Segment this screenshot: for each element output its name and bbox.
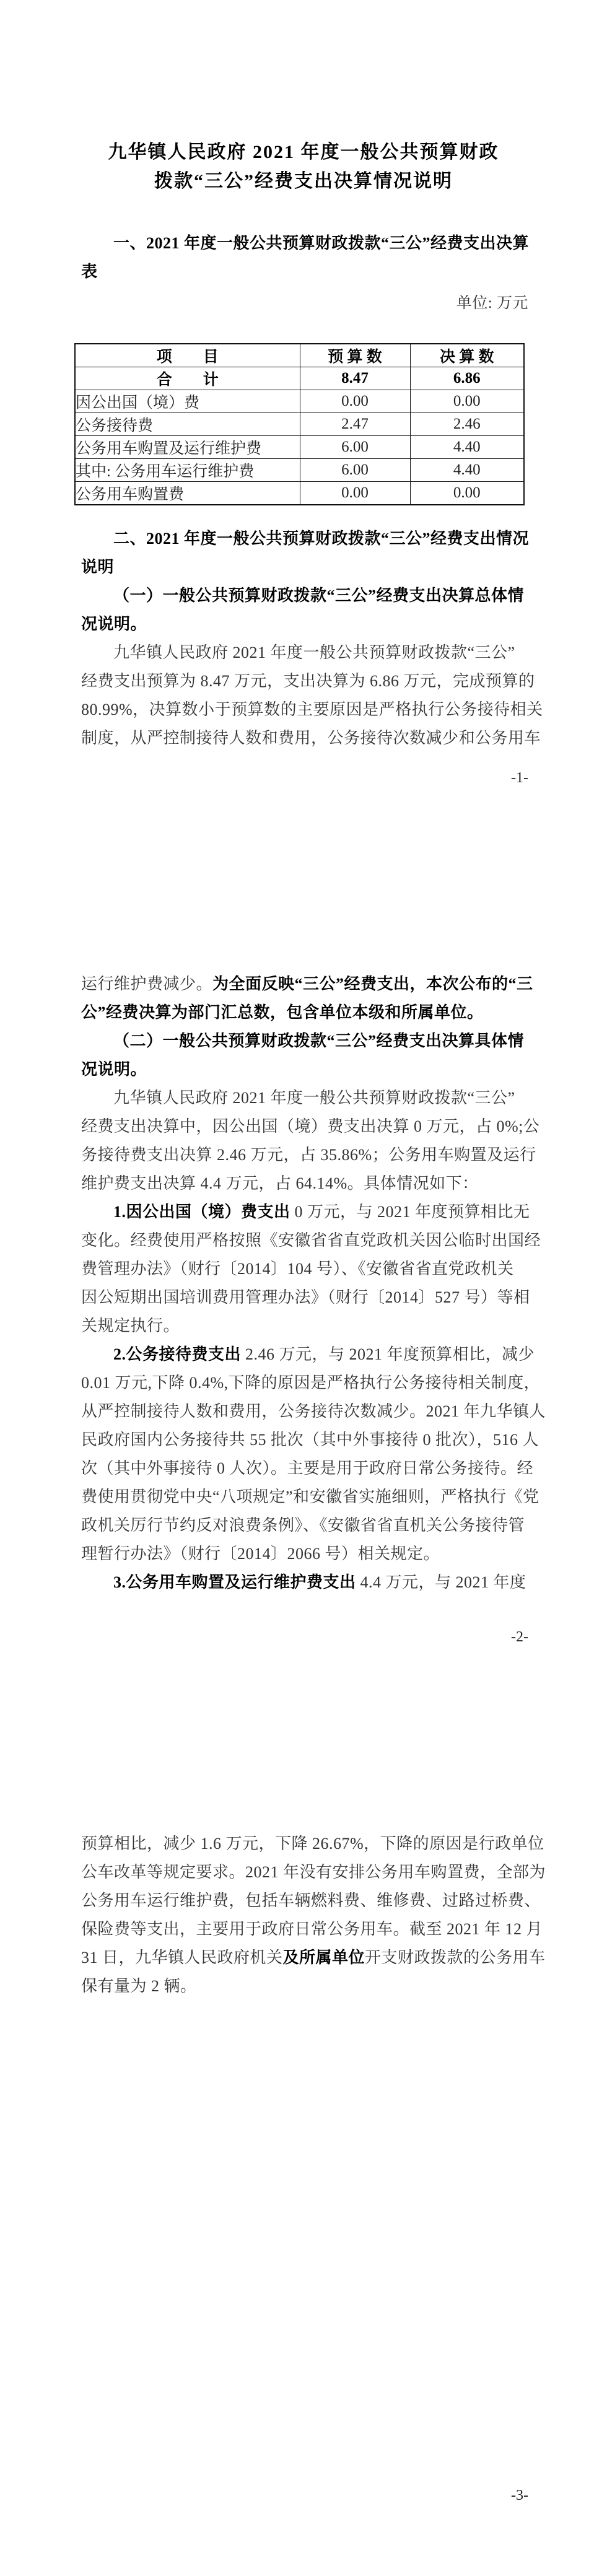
item-2-line: 2.公务接待费支出 2.46 万元，与 2021 年度预算相比，减少	[81, 1340, 528, 1369]
body-line: 经费支出决算中，因公出国（境）费支出决算 0 万元，占 0%;公	[81, 1112, 528, 1141]
body-line: 公务用车运行维护费，包括车辆燃料费、维修费、过路过桥费、	[81, 1887, 528, 1915]
body-line: 80.99%，决算数小于预算数的主要原因是严格执行公务接待相关	[81, 696, 528, 724]
body-line: 理暂行办法》（财行〔2014〕2066 号）相关规定。	[81, 1540, 528, 1568]
table-row: 公务用车购置费 0.00 0.00	[75, 482, 524, 505]
table-row: 公务接待费 2.47 2.46	[75, 413, 524, 436]
body-line: 经费支出预算为 8.47 万元，支出决算为 6.86 万元，完成预算的	[81, 667, 528, 696]
body-line: 政机关厉行节约反对浪费条例》、《安徽省省直机关公务接待管	[81, 1511, 528, 1540]
section-2-heading-wrap: 说明	[81, 553, 528, 582]
page-number-2: -2-	[81, 1623, 528, 1651]
body-line: 保有量为 2 辆。	[81, 1972, 528, 2001]
header-budget: 预 算 数	[300, 344, 410, 367]
body-line: 维护费支出决算 4.4 万元，占 64.14%。具体情况如下：	[81, 1169, 528, 1198]
body-line: 制度，从严控制接待人数和费用，公务接待次数减少和公务用车	[81, 724, 528, 753]
header-item: 项 目	[75, 344, 300, 367]
header-final: 决 算 数	[410, 344, 524, 367]
body-line: 费使用贯彻党中央“八项规定”和安徽省实施细则，严格执行《党	[81, 1483, 528, 1511]
body-line: 公车改革等规定要求。2021 年没有安排公务用车购置费，全部为	[81, 1858, 528, 1887]
subsection-1-heading: （一）一般公共预算财政拨款“三公”经费支出决算总体情	[81, 582, 528, 610]
three-public-expense-table: 项 目 预 算 数 决 算 数 合 计 8.47 6.86 因公出国（境）费 0…	[74, 343, 525, 505]
heading-text: 一、2021 年度一般公共预算财政拨款“三公”经费支出决算	[113, 234, 529, 252]
body-line: 预算相比，减少 1.6 万元，下降 26.67%，下降的原因是行政单位	[81, 1830, 528, 1858]
table-unit-label: 单位: 万元	[81, 289, 528, 318]
body-line: 次（其中外事接待 0 人次）。主要是用于政府日常公务接待。经	[81, 1454, 528, 1483]
item-1-line: 1.因公出国（境）费支出 0 万元，与 2021 年度预算相比无	[81, 1198, 528, 1226]
body-line: 费管理办法》（财行〔2014〕104 号）、《安徽省省直党政机关	[81, 1255, 528, 1283]
document-scroll: 九华镇人民政府 2021 年度一般公共预算财政 拨款“三公”经费支出决算情况说明…	[0, 0, 607, 2576]
body-line: 九华镇人民政府 2021 年度一般公共预算财政拨款“三公”	[81, 639, 528, 667]
table-row: 因公出国（境）费 0.00 0.00	[75, 390, 524, 413]
item-3-line: 3.公务用车购置及运行维护费支出 4.4 万元，与 2021 年度	[81, 1568, 528, 1597]
body-line: 从严控制接待人数和费用，公务接待次数减少。2021 年九华镇人	[81, 1397, 528, 1426]
page-number-3: -3-	[81, 2481, 528, 2510]
body-line: 公”经费决算为部门汇总数，包含单位本级和所属单位。	[81, 998, 528, 1027]
page-number-1: -1-	[81, 764, 528, 792]
table-row: 公务用车购置及运行维护费 6.00 4.40	[75, 436, 524, 459]
body-line: 变化。经费使用严格按照《安徽省省直党政机关因公临时出国经	[81, 1226, 528, 1255]
doc-title-line-1: 九华镇人民政府 2021 年度一般公共预算财政	[56, 137, 551, 168]
section-2-heading: 二、2021 年度一般公共预算财政拨款“三公”经费支出情况	[81, 525, 528, 553]
subsection-1-heading-wrap: 况说明。	[81, 610, 528, 639]
body-line: 民政府国内公务接待共 55 批次（其中外事接待 0 批次），516 人	[81, 1426, 528, 1454]
subsection-2-heading: （二）一般公共预算财政拨款“三公”经费支出决算具体情	[81, 1027, 528, 1055]
section-1-heading-wrap: 表	[81, 258, 528, 286]
body-line: 九华镇人民政府 2021 年度一般公共预算财政拨款“三公”	[81, 1084, 528, 1112]
table-row-total: 合 计 8.47 6.86	[75, 367, 524, 390]
body-line: 因公短期出国培训费用管理办法》（财行〔2014〕527 号）等相	[81, 1283, 528, 1312]
body-line: 31 日，九华镇人民政府机关及所属单位开支财政拨款的公务用车	[81, 1944, 528, 1972]
table-row: 其中: 公务用车运行维护费 6.00 4.40	[75, 459, 524, 482]
table-header-row: 项 目 预 算 数 决 算 数	[75, 344, 524, 367]
section-1-heading: 一、2021 年度一般公共预算财政拨款“三公”经费支出决算	[81, 229, 528, 258]
subsection-2-heading-wrap: 况说明。	[81, 1055, 528, 1084]
body-line: 务接待费支出决算 2.46 万元，占 35.86%；公务用车购置及运行	[81, 1141, 528, 1169]
doc-title-line-2: 拨款“三公”经费支出决算情况说明	[56, 166, 551, 197]
body-line: 保险费等支出，主要用于政府日常公务用车。截至 2021 年 12 月	[81, 1915, 528, 1944]
body-line: 0.01 万元,下降 0.4%,下降的原因是严格执行公务接待相关制度，	[81, 1369, 528, 1397]
body-line: 关规定执行。	[81, 1312, 528, 1340]
body-line: 运行维护费减少。为全面反映“三公”经费支出，本次公布的“三	[81, 970, 528, 998]
